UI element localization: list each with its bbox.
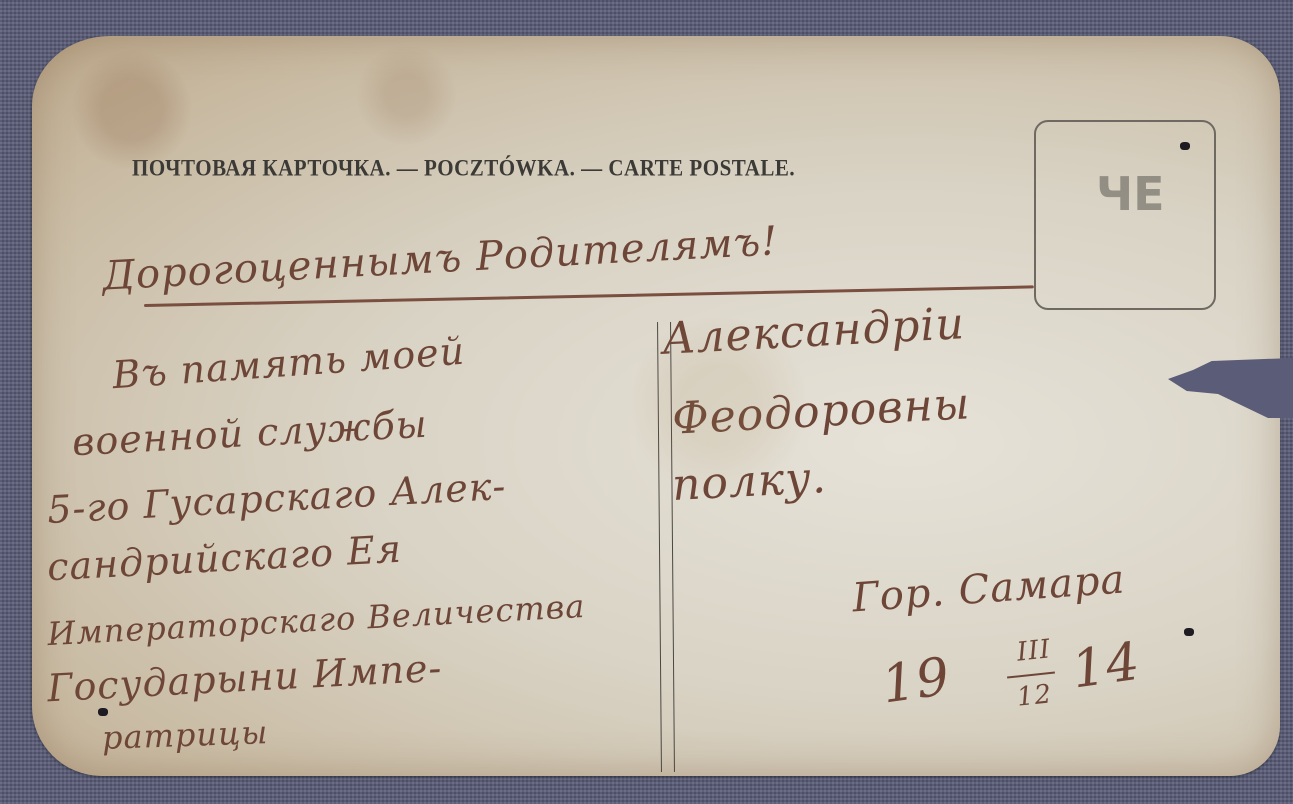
address-line: Александрiи	[661, 298, 966, 365]
printed-header: ПОЧТОВАЯ КАРТОЧКА. — POCZTÓWKA. — CARTE …	[132, 155, 795, 183]
date-day: 19	[878, 647, 954, 716]
divider-line	[657, 322, 675, 772]
message-line: 5-го Гусарскаго Алек-	[46, 464, 507, 532]
stamp-mark-icon: ЧЕ	[1096, 167, 1165, 221]
message-line: Государыни Импе-	[46, 646, 443, 711]
message-line: Императорскаго Величества	[46, 587, 586, 653]
pin-hole	[98, 708, 108, 716]
date-fraction-bar	[1007, 671, 1055, 678]
pin-hole	[1180, 142, 1190, 150]
message-line: ратрицы	[101, 713, 269, 757]
message-line: военной службы	[71, 402, 429, 465]
address-line: Гор. Самара	[851, 557, 1127, 622]
message-line: сандрийскаго Ея	[46, 527, 403, 590]
date-year: 14	[1068, 632, 1144, 701]
address-line: Феодоровны	[671, 378, 972, 445]
date-month-bottom: 12	[1016, 679, 1054, 713]
message-line: Въ память моей	[111, 329, 466, 398]
pin-hole	[1184, 628, 1194, 636]
date-month-top: III	[1016, 634, 1053, 667]
address-line: полку.	[671, 452, 828, 511]
postcard: ПОЧТОВАЯ КАРТОЧКА. — POCZTÓWKA. — CARTE …	[32, 36, 1280, 776]
greeting: Дорогоценнымъ Родителямъ!	[101, 218, 779, 299]
